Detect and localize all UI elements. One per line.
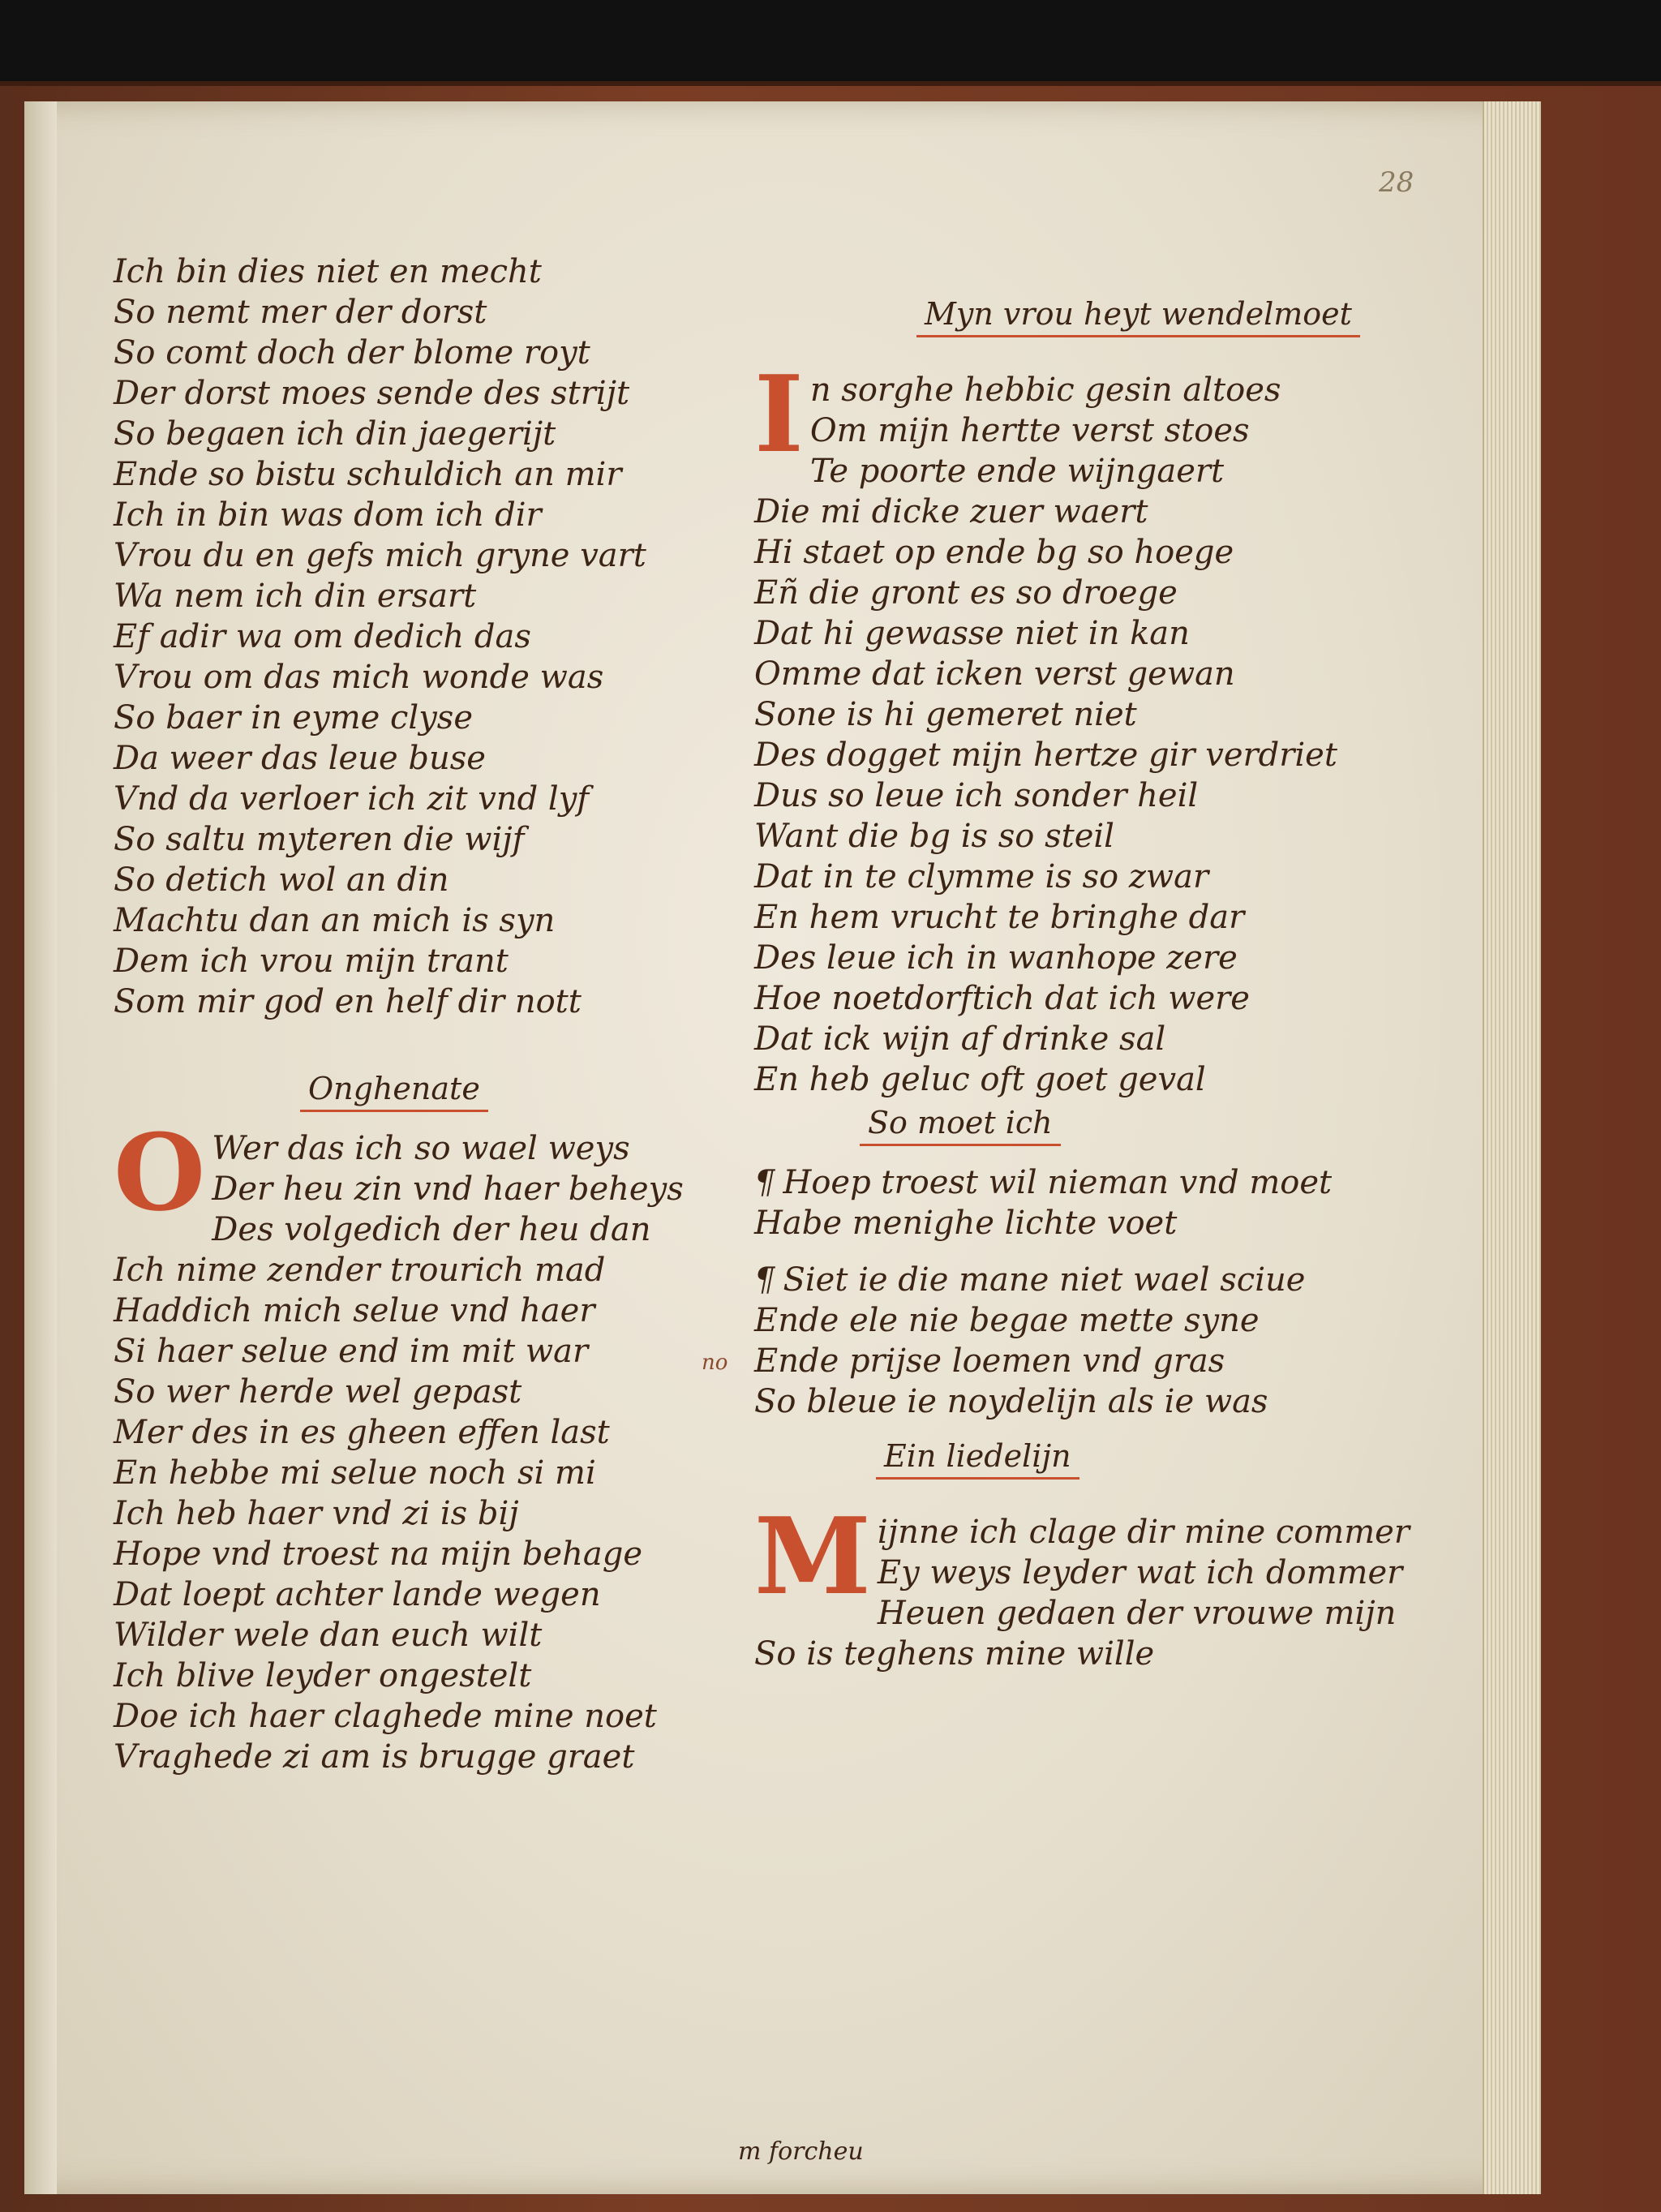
verse-line: Hoe noetdorftich dat ich were [754, 978, 1484, 1019]
verse-line: Si haer selue end im mit war [114, 1331, 762, 1372]
verse-line: Des leue ich in wanhope zere [754, 938, 1484, 978]
initial-letter-o: O [114, 1128, 205, 1218]
verse-line: Ef adir wa om dedich das [114, 616, 762, 657]
heading-onghenate: Onghenate [300, 1071, 488, 1112]
verse-line: Ich bin dies niet en mecht [114, 251, 762, 292]
verse-line: Som mir god en helf dir nott [114, 981, 762, 1022]
verse-line: Mer des in es gheen effen last [114, 1412, 762, 1453]
catchword: m forcheu [738, 2137, 864, 2166]
verse-line: Da weer das leue buse [114, 738, 762, 779]
verse-line: Wilder wele dan euch wilt [114, 1615, 762, 1656]
heading-myn-vrou: Myn vrou heyt wendelmoet [916, 296, 1360, 337]
page-fore-edge [1483, 101, 1541, 2194]
verse-line: Ich blive leyder ongestelt [114, 1656, 762, 1696]
verse-line: En hebbe mi selue noch si mi [114, 1453, 762, 1493]
verse-line: Vraghede zi am is brugge graet [114, 1737, 762, 1777]
verse-line: Om mijn hertte verst stoes [754, 410, 1484, 451]
verse-line: Ende prijse loemen vnd gras [754, 1341, 1484, 1381]
verse-line: So wer herde wel gepast [114, 1372, 762, 1412]
verse-line: Vrou du en gefs mich gryne vart [114, 535, 762, 576]
verse-line: So is teghens mine wille [754, 1634, 1484, 1674]
verse-line: So detich wol an din [114, 860, 762, 900]
verse-line: Ende ele nie begae mette syne [754, 1300, 1484, 1341]
pilcrow-icon: ¶ [754, 1261, 775, 1299]
verse-line: Die mi dicke zuer waert [754, 492, 1484, 532]
poem-right-1: I n sorghe hebbic gesin altoesOm mijn he… [754, 370, 1484, 1100]
right-column: Myn vrou heyt wendelmoet I n sorghe hebb… [754, 296, 1484, 1674]
initial-letter-m: M [754, 1512, 871, 1601]
verse-line: Ich heb haer vnd zi is bij [114, 1493, 762, 1534]
verse-line: Vrou om das mich wonde was [114, 657, 762, 698]
verse-line: Vnd da verloer ich zit vnd lyf [114, 779, 762, 819]
verse-line: ¶Hoep troest wil nieman vnd moet [754, 1162, 1484, 1203]
poem-2: O Wer das ich so wael weysDer heu zin vn… [114, 1128, 762, 1777]
verse-line: Sone is hi gemeret niet [754, 694, 1484, 735]
heading-ein-liedelijn: Ein liedelijn [876, 1438, 1079, 1480]
heading-so-moet-ich: So moet ich [860, 1105, 1061, 1146]
pilcrow-icon: ¶ [754, 1164, 775, 1201]
verse-line: Hi staet op ende bg so hoege [754, 532, 1484, 573]
verse-line: Wa nem ich din ersart [114, 576, 762, 616]
verse-line: So begaen ich din jaegerijt [114, 414, 762, 454]
verse-line: Habe menighe lichte voet [754, 1203, 1484, 1243]
initial-letter-i: I [754, 370, 804, 459]
folio-number: 28 [1379, 166, 1414, 199]
verse-line: Dat hi gewasse niet in kan [754, 613, 1484, 654]
verse-line: Dem ich vrou mijn trant [114, 941, 762, 981]
poem-1: Ich bin dies niet en mechtSo nemt mer de… [114, 251, 762, 1022]
verse-line: Ich nime zender trourich mad [114, 1250, 762, 1291]
verse-line: Haddich mich selue vnd haer [114, 1291, 762, 1331]
verse-line: Doe ich haer claghede mine noet [114, 1696, 762, 1737]
verse-line: Ich in bin was dom ich dir [114, 495, 762, 535]
verse-line: Ende so bistu schuldich an mir [114, 454, 762, 495]
verse-line: So bleue ie noydelijn als ie was [754, 1381, 1484, 1422]
left-column: Ich bin dies niet en mechtSo nemt mer de… [114, 251, 762, 1777]
verse-line: ¶Siet ie die mane niet wael sciue [754, 1260, 1484, 1300]
verse-line: So nemt mer der dorst [114, 292, 762, 333]
manuscript-page: 28 Ich bin dies niet en mechtSo nemt mer… [24, 101, 1541, 2194]
poem-right-3: M ijnne ich clage dir mine commerEy weys… [754, 1512, 1484, 1674]
verse-line: So comt doch der blome royt [114, 333, 762, 373]
stanza-3: ¶Hoep troest wil nieman vnd moetHabe men… [754, 1162, 1484, 1243]
verse-line: Hope vnd troest na mijn behage [114, 1534, 762, 1574]
verse-line: Want die bg is so steil [754, 816, 1484, 857]
verse-line: Eñ die gront es so droege [754, 573, 1484, 613]
verse-line: Der dorst moes sende des strijt [114, 373, 762, 414]
verse-line: Machtu dan an mich is syn [114, 900, 762, 941]
verse-line: Dat ick wijn af drinke sal [754, 1019, 1484, 1059]
verse-line: So saltu myteren die wijf [114, 819, 762, 860]
verse-line: Dat loept achter lande wegen [114, 1574, 762, 1615]
verse-line: Des volgedich der heu dan [114, 1209, 762, 1250]
verse-line: Omme dat icken verst gewan [754, 654, 1484, 694]
verse-line: Dus so leue ich sonder heil [754, 775, 1484, 816]
margin-note: no [702, 1351, 727, 1375]
verse-line: En hem vrucht te bringhe dar [754, 897, 1484, 938]
verse-line: Te poorte ende wijngaert [754, 451, 1484, 492]
verse-line: Des dogget mijn hertze gir verdriet [754, 735, 1484, 775]
verse-line: Dat in te clymme is so zwar [754, 857, 1484, 897]
verse-line: En heb geluc oft goet geval [754, 1059, 1484, 1100]
verse-line: So baer in eyme clyse [114, 698, 762, 738]
verse-line: n sorghe hebbic gesin altoes [754, 370, 1484, 410]
stanza-4: ¶Siet ie die mane niet wael sciueEnde el… [754, 1260, 1484, 1422]
page-gutter [24, 101, 57, 2194]
verse-line: Der heu zin vnd haer beheys [114, 1169, 762, 1209]
verse-line: Wer das ich so wael weys [114, 1128, 762, 1169]
